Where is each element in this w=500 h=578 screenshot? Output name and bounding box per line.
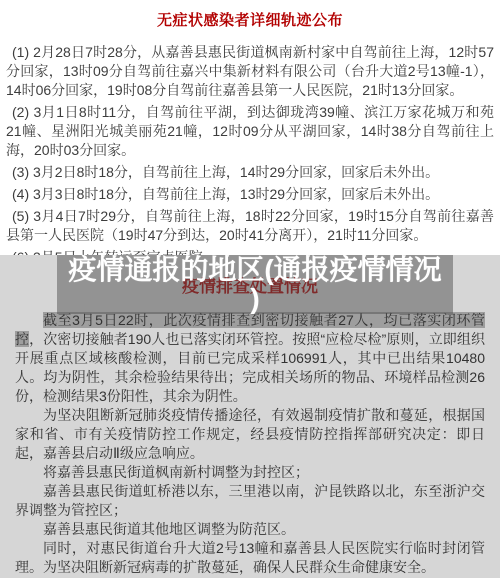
notice-paragraph-3: 将嘉善县惠民街道枫南新村调整为封控区； (15, 463, 485, 482)
notice-paragraph-2: 为坚决阻断新冠肺炎疫情传播途径，有效遏制疫情扩散和蔓延，根据国家和省、市有关疫情… (15, 406, 485, 463)
article-page: 无症状感染者详细轨迹公布 (1) 2月28日7时28分，从嘉善县惠民街道枫南新村… (0, 0, 500, 578)
notice-paragraph-5: 嘉善县惠民街道其他地区调整为防范区。 (15, 520, 485, 539)
caption-overlay-box: 疫情通报的地区(通报疫情情况 ) (57, 255, 453, 314)
trajectory-item-3: (3) 3月2日8时18分，自驾前往上海，14时29分回家，回家后未外出。 (6, 163, 494, 182)
notice-paragraph-6: 同时，对惠民街道台升大道2号13幢和嘉善县人民医院实行临时封闭管理。为坚决阻断新… (15, 539, 485, 577)
caption-text-line-2: ) (57, 284, 453, 313)
trajectory-item-1: (1) 2月28日7时28分，从嘉善县惠民街道枫南新村家中自驾前往上海，12时5… (6, 43, 494, 100)
notice-paragraph-4: 嘉善县惠民街道虹桥港以东，三里港以南，沪昆铁路以北，东至浙沪交界调整为管控区； (15, 482, 485, 520)
article-title: 无症状感染者详细轨迹公布 (0, 0, 500, 30)
notice-paragraph-1: 截至3月5日22时，此次疫情排查到密切接触者27人，均已落实闭环管控，次密切接触… (15, 311, 485, 406)
notice-paragraph-1-rest: ，次密切接触者190人也已落实闭环管控。按照“应检尽检”原则，立即组织开展重点区… (15, 331, 485, 404)
caption-text-line-1: 疫情通报的地区(通报疫情情况 (57, 255, 453, 284)
trajectory-item-2: (2) 3月1日8时11分，自驾前往平湖，到达御珑湾39幢、滨江万家花城万和苑2… (6, 103, 494, 160)
trajectory-item-5: (5) 3月4日7时29分，自驾前往上海，18时22分回家，19时15分自驾前往… (6, 207, 494, 245)
dimmed-notice-section: 疫情排查处置情况 疫情通报的地区(通报疫情情况 ) 截至3月5日22时，此次疫情… (0, 255, 500, 578)
trajectory-list: (1) 2月28日7时28分，从嘉善县惠民街道枫南新村家中自驾前往上海，12时5… (0, 43, 500, 267)
trajectory-item-4: (4) 3月3日8时18分，自驾前往上海，13时29分回家，回家后未外出。 (6, 185, 494, 204)
